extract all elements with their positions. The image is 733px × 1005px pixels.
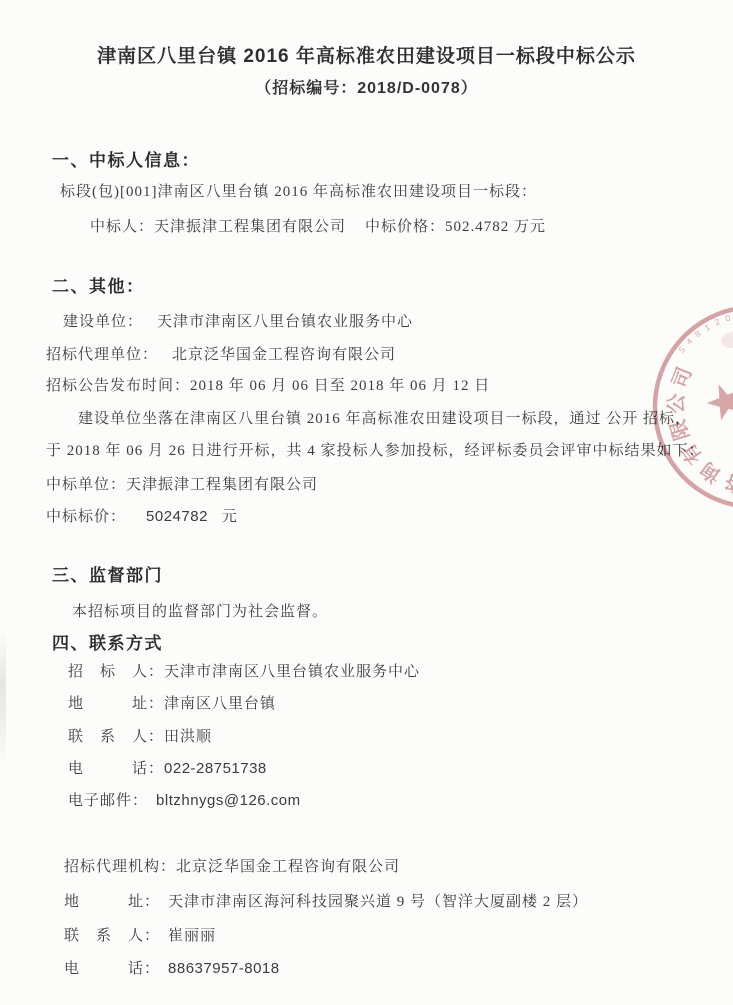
tenderer-label: 招 标 人： — [68, 664, 164, 680]
tenderer-contact-person-row: 联 系 人：田洪顺 — [68, 725, 212, 746]
agency-name-value: 北京泛华国金工程咨询有限公司 — [176, 859, 400, 875]
winner-label: 中标人： — [90, 219, 154, 235]
svg-text:4: 4 — [684, 336, 695, 347]
svg-text:1: 1 — [702, 322, 711, 333]
summary-paragraph-line2: 于 2018 年 06 月 26 日进行开标，共 4 家投标人参加投标，经评标委… — [46, 439, 705, 460]
award-unit-row: 中标单位：天津振津工程集团有限公司 — [46, 473, 318, 494]
section-1-heading: 一、中标人信息： — [52, 146, 200, 171]
agency-unit-value: 北京泛华国金工程咨询有限公司 — [172, 347, 396, 363]
agency-phone-row: 电 话：88637957-8018 — [64, 957, 280, 978]
svg-text:5: 5 — [676, 345, 687, 355]
award-unit-value: 天津振津工程集团有限公司 — [126, 477, 318, 493]
tenderer-address-value: 津南区八里台镇 — [164, 696, 276, 712]
agency-contact-person-label: 联 系 人： — [64, 928, 160, 944]
lot-line: 标段(包)[001]津南区八里台镇 2016 年高标准农田建设项目一标段： — [60, 180, 537, 201]
svg-text:2: 2 — [713, 316, 722, 327]
agency-address-label: 地 址： — [64, 894, 160, 910]
tender-reference-number: （招标编号：2018/D-0078） — [0, 75, 733, 98]
agency-contact-person-value: 崔丽丽 — [168, 928, 216, 944]
tenderer-address-label: 地 址： — [68, 696, 164, 712]
announcement-period-label: 招标公告发布时间： — [46, 378, 190, 394]
winner-row: 中标人：天津振津工程集团有限公司 — [90, 215, 346, 236]
award-price-value: 5024782 — [146, 508, 208, 525]
tenderer-phone-row: 电 话：022-28751738 — [68, 757, 267, 778]
agency-contact-person-row: 联 系 人：崔丽丽 — [64, 924, 216, 945]
svg-text:8: 8 — [693, 328, 703, 339]
winner-price-row: 中标价格：502.4782 万元 — [365, 215, 546, 236]
agency-unit-label: 招标代理单位： — [46, 347, 158, 363]
agency-unit-row: 招标代理单位：北京泛华国金工程咨询有限公司 — [46, 343, 396, 364]
award-price-label: 中标标价： — [46, 509, 126, 525]
build-unit-row: 建设单位：天津市津南区八里台镇农业服务中心 — [63, 310, 413, 331]
section-3-heading: 三、监督部门 — [52, 561, 163, 586]
winner-price-value: 502.4782 万元 — [445, 219, 546, 235]
agency-name-row: 招标代理机构：北京泛华国金工程咨询有限公司 — [64, 855, 400, 876]
tenderer-email-label: 电子邮件： — [68, 793, 148, 809]
agency-name-label: 招标代理机构： — [64, 859, 176, 875]
svg-text:0: 0 — [724, 313, 732, 324]
tenderer-email-row: 电子邮件：bltzhnygs@126.com — [68, 789, 301, 810]
section-4-heading: 四、联系方式 — [52, 629, 163, 654]
tenderer-contact-person-value: 田洪顺 — [164, 729, 212, 745]
supervision-body: 本招标项目的监督部门为社会监督。 — [72, 600, 328, 621]
svg-text:司: 司 — [668, 364, 697, 391]
summary-paragraph-line1: 建设单位坐落在津南区八里台镇 2016 年高标准农田建设项目一标段，通过 公开 … — [78, 407, 691, 428]
winner-value: 天津振津工程集团有限公司 — [154, 219, 346, 235]
agency-phone-label: 电 话： — [64, 961, 160, 977]
winner-price-label: 中标价格： — [365, 219, 445, 235]
svg-text:询: 询 — [696, 457, 726, 488]
svg-text:咨: 咨 — [723, 469, 733, 497]
page-title: 津南区八里台镇 2016 年高标准农田建设项目一标段中标公示 — [0, 41, 733, 68]
tenderer-phone-label: 电 话： — [68, 761, 164, 777]
tenderer-contact-person-label: 联 系 人： — [68, 729, 164, 745]
agency-phone-value: 88637957-8018 — [168, 960, 280, 977]
tenderer-row: 招 标 人：天津市津南区八里台镇农业服务中心 — [68, 660, 420, 681]
scan-artifact-streak — [0, 630, 6, 770]
announcement-period-row: 招标公告发布时间：2018 年 06 月 06 日至 2018 年 06 月 1… — [46, 374, 490, 395]
seal-serial-digits: 5481200802164 — [672, 299, 733, 356]
section-2-heading: 二、其他： — [52, 272, 145, 297]
agency-address-value: 天津市津南区海河科技园聚兴道 9 号（智洋大厦副楼 2 层） — [168, 894, 588, 910]
award-unit-label: 中标单位： — [46, 477, 126, 493]
agency-address-row: 地 址：天津市津南区海河科技园聚兴道 9 号（智洋大厦副楼 2 层） — [64, 890, 588, 911]
tenderer-email-value: bltzhnygs@126.com — [156, 792, 301, 809]
build-unit-label: 建设单位： — [63, 314, 143, 330]
announcement-period-value: 2018 年 06 月 06 日至 2018 年 06 月 12 日 — [190, 378, 490, 394]
award-price-unit: 元 — [222, 509, 238, 525]
scanned-document-page: 津南区八里台镇 2016 年高标准农田建设项目一标段中标公示 （招标编号：201… — [0, 0, 733, 1005]
tenderer-address-row: 地 址：津南区八里台镇 — [68, 692, 276, 713]
award-price-row: 中标标价：5024782元 — [46, 505, 238, 526]
build-unit-value: 天津市津南区八里台镇农业服务中心 — [157, 314, 413, 330]
seal-star-icon — [702, 378, 733, 423]
tenderer-phone-value: 022-28751738 — [164, 760, 267, 777]
tenderer-value: 天津市津南区八里台镇农业服务中心 — [164, 664, 420, 680]
